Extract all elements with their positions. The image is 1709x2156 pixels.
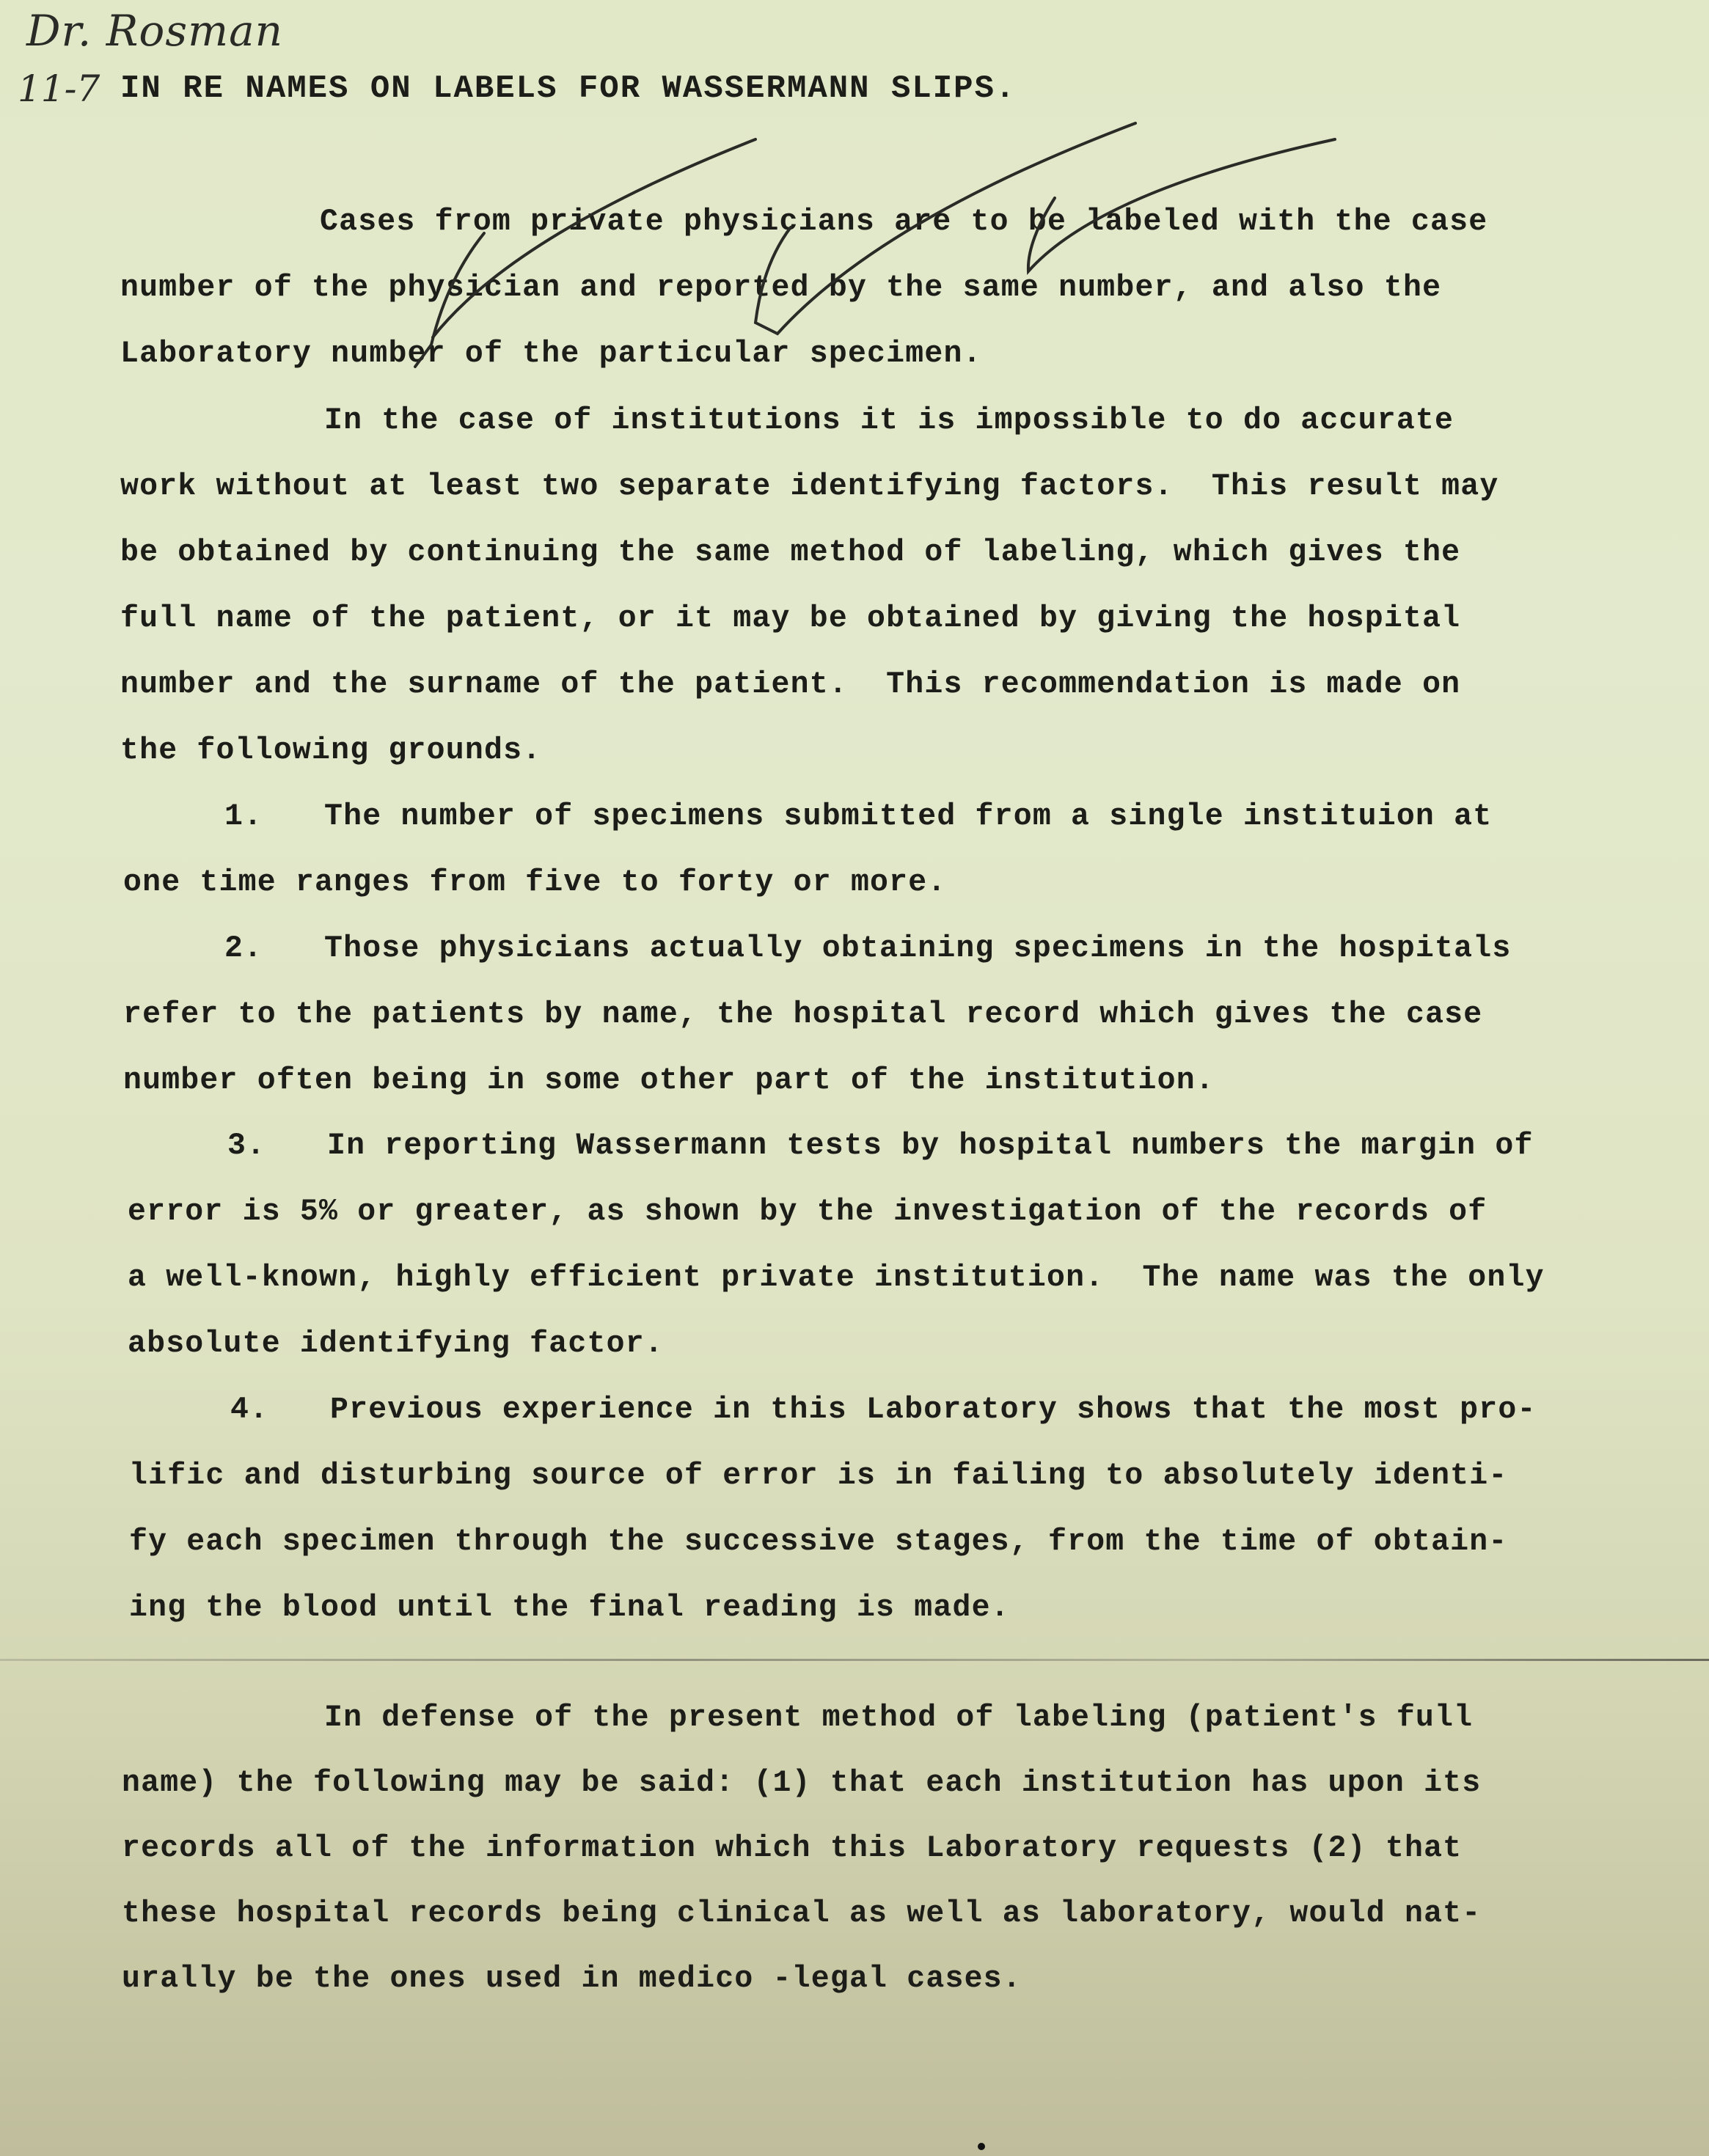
handwritten-date-annotation: 11-7 — [18, 67, 100, 110]
document-page: Dr. Rosman 11-7 IN RE NAMES ON LABELS FO… — [0, 0, 1709, 2156]
p2-line-5: number and the surname of the patient. T… — [120, 670, 1460, 700]
p2-line-3: be obtained by continuing the same metho… — [120, 538, 1460, 568]
defense-line-1: In defense of the present method of labe… — [324, 1703, 1473, 1734]
ground-4-number: 4. — [230, 1395, 330, 1426]
ground-1-first-line: 1.The number of specimens submitted from… — [224, 802, 1492, 832]
document-title: IN RE NAMES ON LABELS FOR WASSERMANN SLI… — [120, 70, 1016, 107]
ground-2-line-2: refer to the patients by name, the hospi… — [123, 1000, 1482, 1030]
page-fold-divider — [0, 1659, 1709, 1661]
defense-line-3: records all of the information which thi… — [122, 1833, 1462, 1864]
ground-4-line-2: lific and disturbing source of error is … — [129, 1461, 1508, 1492]
ground-3-line-4: absolute identifying factor. — [128, 1329, 664, 1360]
p2-line-2: work without at least two separate ident… — [120, 472, 1499, 502]
binding-hole-dot — [978, 2143, 985, 2150]
ground-2-first-line: 2.Those physicians actually obtaining sp… — [224, 934, 1511, 964]
ground-3-first-line: 3.In reporting Wassermann tests by hospi… — [227, 1131, 1534, 1162]
defense-line-4: these hospital records being clinical as… — [122, 1899, 1481, 1929]
ground-1-number: 1. — [224, 802, 324, 832]
ground-2-line-1: Those physicians actually obtaining spec… — [324, 931, 1511, 966]
ground-3-line-3: a well-known, highly efficient private i… — [128, 1263, 1545, 1294]
ground-4-line-3: fy each specimen through the successive … — [129, 1527, 1508, 1558]
p1-line-1: Cases from private physicians are to be … — [320, 207, 1487, 238]
defense-line-5: urally be the ones used in medico -legal… — [122, 1964, 1022, 1995]
ground-4-line-1: Previous experience in this Laboratory s… — [330, 1393, 1537, 1427]
ground-3-number: 3. — [227, 1131, 327, 1162]
p1-line-3: Laboratory number of the particular spec… — [120, 339, 982, 370]
ground-3-line-1: In reporting Wassermann tests by hospita… — [327, 1129, 1534, 1163]
defense-line-2: name) the following may be said: (1) tha… — [122, 1768, 1481, 1799]
p2-line-1: In the case of institutions it is imposs… — [324, 406, 1454, 436]
handwritten-name-annotation: Dr. Rosman — [26, 6, 283, 56]
ground-3-line-2: error is 5% or greater, as shown by the … — [128, 1197, 1487, 1228]
ground-4-line-4: ing the blood until the final reading is… — [129, 1593, 1010, 1624]
p1-line-2: number of the physician and reported by … — [120, 273, 1441, 304]
ground-2-line-3: number often being in some other part of… — [123, 1066, 1215, 1096]
p2-line-4: full name of the patient, or it may be o… — [120, 604, 1460, 634]
ground-1-line-1: The number of specimens submitted from a… — [324, 799, 1492, 834]
p2-line-6: the following grounds. — [120, 736, 541, 766]
check-mark-icon — [415, 139, 755, 367]
ground-4-first-line: 4.Previous experience in this Laboratory… — [230, 1395, 1537, 1426]
ground-1-line-2: one time ranges from five to forty or mo… — [123, 868, 946, 898]
ground-2-number: 2. — [224, 934, 324, 964]
